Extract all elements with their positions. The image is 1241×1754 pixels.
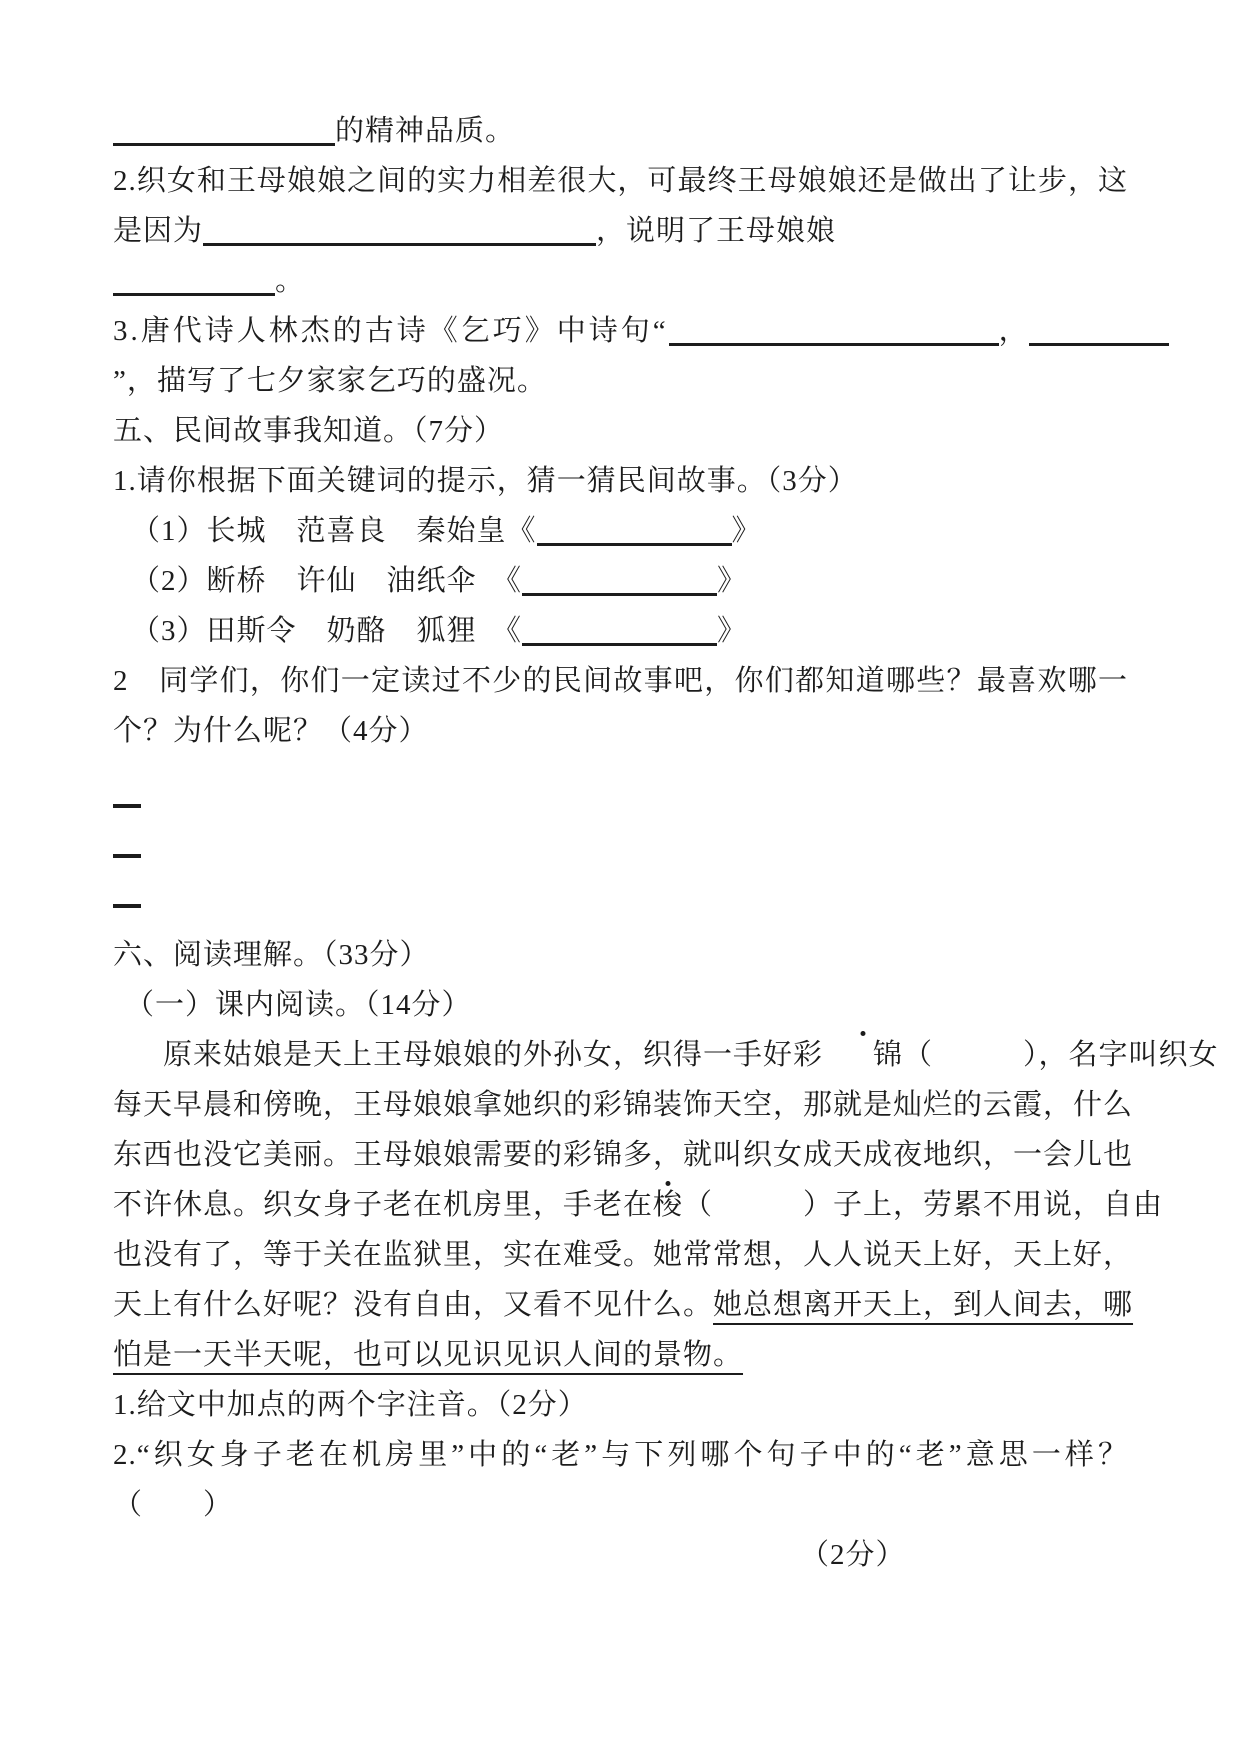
section5-q1-item-3: （3）田斯令 奶酪 狐狸 《》 — [113, 606, 1128, 656]
score-note-text: （2分） — [800, 1539, 906, 1571]
answer-blank — [203, 239, 596, 246]
question2-line2-prefix: 是因为 — [113, 215, 203, 247]
passage-l2-text: 每天早晨和傍晚，王母娘娘拿她织的彩锦装饰天空，那就是灿烂的云霞，什么 — [113, 1089, 1133, 1121]
section5-q1-stem: 1.请你根据下面关键词的提示，猜一猜民间故事。（3分） — [113, 456, 1128, 506]
question2-line1: 2.织女和王母娘娘之间的实力相差很大，可最终王母娘娘还是做出了让步，这 — [113, 156, 1128, 206]
passage-l7-underlined: 怕是一天半天呢，也可以见识见识人间的景物。 — [113, 1339, 743, 1371]
item3-keywords: （3）田斯令 奶酪 狐狸 《 — [131, 615, 522, 647]
passage-l6-underlined: 她总想离开天上，到人间去，哪 — [713, 1289, 1133, 1321]
section6-q1-text: 1.给文中加点的两个字注音。（2分） — [113, 1389, 588, 1421]
section5-q2-line2-text: 个？为什么呢？（4分） — [113, 715, 429, 747]
exam-page: 的精神品质。 2.织女和王母娘娘之间的实力相差很大，可最终王母娘娘还是做出了让步… — [0, 0, 1241, 1754]
section5-q2-line1-text: 2 同学们，你们一定读过不少的民间故事吧，你们都知道哪些？最喜欢哪一 — [113, 665, 1128, 697]
item1-bracket-close: 》 — [732, 515, 762, 547]
section6-subheading: （一）课内阅读。（14分） — [113, 980, 1128, 1030]
passage-line-4: 不许休息。织女身子老在机房里，手老在梭（ ）子上，劳累不用说，自由 — [113, 1180, 1128, 1230]
passage-line-7: 怕是一天半天呢，也可以见识见识人间的景物。 — [113, 1330, 1128, 1380]
dotted-char-suo: 梭 — [653, 1189, 683, 1222]
passage-l3-text: 东西也没它美丽。王母娘娘需要的彩锦多，就叫织女成天成夜地织，一会儿也 — [113, 1139, 1133, 1171]
question2-line1-text: 2.织女和王母娘娘之间的实力相差很大，可最终王母娘娘还是做出了让步，这 — [113, 165, 1128, 197]
page-content: 的精神品质。 2.织女和王母娘娘之间的实力相差很大，可最终王母娘娘还是做出了让步… — [0, 0, 1241, 1580]
section5-q1-stem-text: 1.请你根据下面关键词的提示，猜一猜民间故事。（3分） — [113, 465, 858, 497]
question3-line2-text: ”，描写了七夕家家乞巧的盛况。 — [113, 365, 547, 397]
passage-l4-pre: 不许休息。织女身子老在机房里，手老在 — [113, 1189, 653, 1221]
answer-parens-text: （ ） — [113, 1489, 233, 1521]
passage-l1-post: （ ），名字叫织女 — [903, 1039, 1219, 1071]
question2-line2: 是因为，说明了王母娘娘 — [113, 206, 1128, 256]
question2-line3: 。 — [113, 256, 1128, 306]
question2-line2-suffix: ，说明了王母娘娘 — [596, 215, 836, 247]
section6-heading: 六、阅读理解。（33分） — [113, 930, 1128, 980]
section5-heading: 五、民间故事我知道。（7分） — [113, 406, 1128, 456]
item1-keywords: （1）长城 范喜良 秦始皇《 — [131, 515, 537, 547]
section5-q1-item-2: （2）断桥 许仙 油纸伞 《》 — [113, 556, 1128, 606]
answer-line-stub-1 — [113, 780, 1128, 830]
answer-line-stub-3 — [113, 880, 1128, 930]
answer-blank — [537, 539, 732, 546]
answer-blank — [1029, 339, 1169, 346]
item2-keywords: （2）断桥 许仙 油纸伞 《 — [131, 565, 522, 597]
answer-line-dash — [113, 854, 141, 858]
section5-heading-text: 五、民间故事我知道。（7分） — [113, 415, 504, 447]
item2-bracket-close: 》 — [717, 565, 747, 597]
section5-q2-line1: 2 同学们，你们一定读过不少的民间故事吧，你们都知道哪些？最喜欢哪一 — [113, 656, 1128, 706]
answer-line-dash — [113, 804, 141, 808]
passage-l1-pre: 原来姑娘是天上王母娘娘的外孙女，织得一手好彩 — [163, 1039, 823, 1071]
answer-blank — [522, 589, 717, 596]
section6-subheading-text: （一）课内阅读。（14分） — [125, 989, 472, 1021]
passage-l4-post: （ ）子上，劳累不用说，自由 — [683, 1189, 1163, 1221]
passage-line-5: 也没有了，等于关在监狱里，实在难受。她常常想，人人说天上好，天上好， — [113, 1230, 1128, 1280]
passage-line-6: 天上有什么好呢？没有自由，又看不见什么。她总想离开天上，到人间去，哪 — [113, 1280, 1128, 1330]
passage-l5-text: 也没有了，等于关在监狱里，实在难受。她常常想，人人说天上好，天上好， — [113, 1239, 1133, 1271]
answer-line-stub-2 — [113, 830, 1128, 880]
section6-q1: 1.给文中加点的两个字注音。（2分） — [113, 1380, 1128, 1430]
answer-blank — [113, 139, 335, 146]
section6-q2-line1: 2.“织女身子老在机房里”中的“老”与下列哪个句子中的“老”意思一样？ — [113, 1430, 1128, 1480]
prev-question-tail-text: 的精神品质。 — [335, 115, 515, 147]
question2-line3-period: 。 — [275, 265, 305, 297]
section5-q2-line2: 个？为什么呢？（4分） — [113, 706, 1128, 756]
question3-comma: ， — [999, 315, 1029, 347]
question3-line2: ”，描写了七夕家家乞巧的盛况。 — [113, 356, 1128, 406]
section6-heading-text: 六、阅读理解。（33分） — [113, 939, 430, 971]
question3-line1: 3.唐代诗人林杰的古诗《乞巧》中诗句“， — [113, 306, 1128, 356]
section5-q1-item-1: （1）长城 范喜良 秦始皇《》 — [113, 506, 1128, 556]
answer-blank — [522, 639, 717, 646]
section6-q2-answer-parens: （ ） — [113, 1480, 1128, 1530]
passage-line-1: 原来姑娘是天上王母娘娘的外孙女，织得一手好彩锦（ ），名字叫织女 — [113, 1030, 1128, 1080]
dotted-char-jin: 锦 — [823, 1039, 903, 1072]
passage-l6-pre: 天上有什么好呢？没有自由，又看不见什么。 — [113, 1289, 713, 1321]
question3-stem: 3.唐代诗人林杰的古诗《乞巧》中诗句“ — [113, 315, 669, 347]
section6-q2-line1-text: 2.“织女身子老在机房里”中的“老”与下列哪个句子中的“老”意思一样？ — [113, 1439, 1128, 1471]
answer-line-dash — [113, 904, 141, 908]
passage-line-3: 东西也没它美丽。王母娘娘需要的彩锦多，就叫织女成天成夜地织，一会儿也 — [113, 1130, 1128, 1180]
score-note-line: （2分） — [113, 1530, 1128, 1580]
answer-blank — [113, 289, 275, 296]
answer-blank — [669, 339, 999, 346]
item3-bracket-close: 》 — [717, 615, 747, 647]
passage-line-2: 每天早晨和傍晚，王母娘娘拿她织的彩锦装饰天空，那就是灿烂的云霞，什么 — [113, 1080, 1128, 1130]
prev-question-tail-line: 的精神品质。 — [113, 106, 1128, 156]
